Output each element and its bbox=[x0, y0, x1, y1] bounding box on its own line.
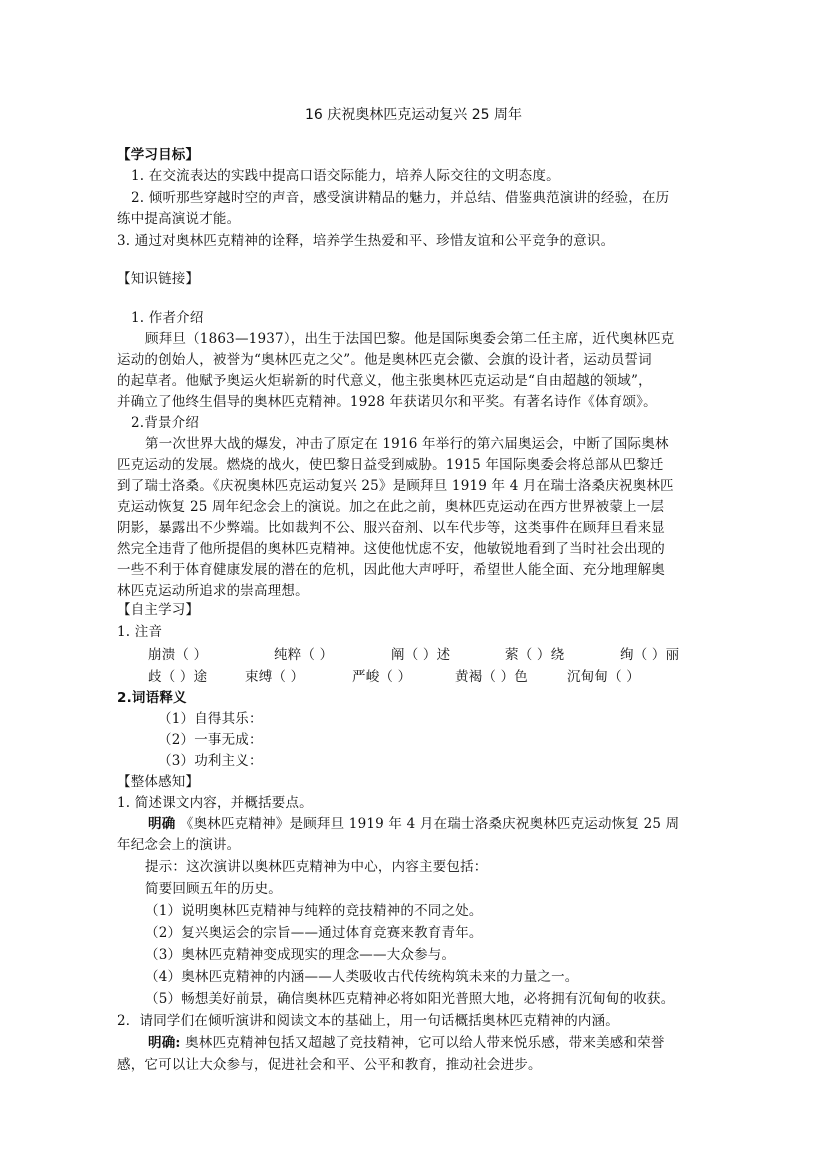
overall-heading: 【整体感知】 bbox=[117, 773, 199, 791]
goal-item-2: 2. 倾听那些穿越时空的声音，感受演讲精品的魅力，并总结、借鉴典范演讲的经验，在… bbox=[131, 189, 669, 207]
pinyin-blank[interactable]: 崩溃（ ） bbox=[148, 646, 207, 664]
pinyin-heading: 1. 注音 bbox=[117, 623, 162, 641]
answer-text: 《奥林匹克精神》是顾拜旦 1919 年 4 月在瑞士洛桑庆祝奥林匹克运动恢复 2… bbox=[175, 816, 679, 832]
goal-item-1: 1. 在交流表达的实践中提高口语交际能力，培养人际交往的文明态度。 bbox=[131, 167, 560, 185]
pinyin-blank[interactable]: 阐（ ）述 bbox=[391, 646, 450, 664]
point-item: （4）奥林匹克精神的内涵——人类吸收古代传统构筑未来的力量之一。 bbox=[145, 968, 579, 986]
pinyin-blank[interactable]: 束缚（ ） bbox=[245, 668, 304, 686]
pinyin-blank[interactable]: 沉甸甸（ ） bbox=[567, 668, 640, 686]
author-line: 运动的创始人，被誉为“奥林匹克之父”。他是奥林匹克会徽、会旗的设计者，运动员誓词 bbox=[117, 351, 652, 369]
background-line: 一些不利于体育健康发展的潜在的危机，因此他大声呼吁，希望世人能全面、充分地理解奥 bbox=[117, 561, 665, 579]
vocab-heading: 2.词语释义 bbox=[117, 689, 187, 707]
background-line: 林匹克运动所追求的崇高理想。 bbox=[117, 582, 309, 600]
pinyin-blank[interactable]: 黄褐（ ）色 bbox=[455, 668, 528, 686]
background-line: 然完全违背了他所提倡的奥林匹克精神。这使他忧虑不安，他敏锐地看到了当时社会出现的 bbox=[117, 540, 665, 558]
pinyin-blank[interactable]: 严峻（ ） bbox=[352, 668, 411, 686]
author-line: 的起草者。他赋予奥运火炬崭新的时代意义，他主张奥林匹克运动是“自由超越的领域”， bbox=[117, 372, 652, 390]
background-line: 克运动恢复 25 周年纪念会上的演说。加之在此之前，奥林匹克运动在西方世界被蒙上… bbox=[117, 498, 664, 516]
goal-item-2-cont: 练中提高演说才能。 bbox=[117, 210, 240, 228]
answer-label: 明确 bbox=[148, 816, 175, 832]
goals-heading: 【学习目标】 bbox=[117, 146, 199, 164]
page-title: 16 庆祝奥林匹克运动复兴 25 周年 bbox=[0, 104, 827, 124]
answer-2-cont: 感，它可以让大众参与，促进社会和平、公平和教育，推动社会进步。 bbox=[117, 1056, 542, 1074]
document-page: 16 庆祝奥林匹克运动复兴 25 周年 【学习目标】 1. 在交流表达的实践中提… bbox=[0, 0, 827, 1169]
background-line: 第一次世界大战的爆发，冲击了原定在 1916 年举行的第六届奥运会，中断了国际奥… bbox=[145, 435, 669, 453]
question-2: 2．请同学们在倾听演讲和阅读文本的基础上，用一句话概括奥林匹克精神的内涵。 bbox=[117, 1012, 619, 1030]
question-1: 1. 简述课文内容，并概括要点。 bbox=[117, 794, 313, 812]
answer-1-cont: 年纪念会上的演讲。 bbox=[117, 836, 240, 854]
background-line: 匹克运动的发展。燃烧的战火，使巴黎日益受到威胁。1915 年国际奥委会将总部从巴… bbox=[117, 456, 664, 474]
answer-text: 奥林匹克精神包括又超越了竞技精神，它可以给人带来悦乐感，带来美感和荣誉 bbox=[181, 1035, 665, 1051]
pinyin-blank[interactable]: 绚（ ）丽 bbox=[620, 646, 679, 664]
answer-1: 明确 《奥林匹克精神》是顾拜旦 1919 年 4 月在瑞士洛桑庆祝奥林匹克运动恢… bbox=[148, 815, 679, 833]
point-item: （3）奥林匹克精神变成现实的理念——大众参与。 bbox=[145, 946, 455, 964]
vocab-item: （2）一事无成： bbox=[158, 731, 263, 749]
answer-2: 明确: 奥林匹克精神包括又超越了竞技精神，它可以给人带来悦乐感，带来美感和荣誉 bbox=[148, 1034, 665, 1052]
author-line: 顾拜旦（1863—1937），出生于法国巴黎。他是国际奥委会第二任主席，近代奥林… bbox=[145, 330, 674, 348]
vocab-item: （1）自得其乐： bbox=[158, 710, 263, 728]
answer-label: 明确: bbox=[148, 1035, 181, 1051]
point-item: （2）复兴奥运会的宗旨——通过体育竞赛来教育青年。 bbox=[145, 924, 483, 942]
links-heading: 【知识链接】 bbox=[117, 270, 199, 288]
point-item: （1）说明奥林匹克精神与纯粹的竞技精神的不同之处。 bbox=[145, 902, 483, 920]
background-heading: 2.背景介绍 bbox=[131, 414, 199, 432]
pinyin-blank[interactable]: 萦（ ）绕 bbox=[505, 646, 564, 664]
author-heading: 1. 作者介绍 bbox=[131, 309, 204, 327]
author-line: 并确立了他终生倡导的奥林匹克精神。1928 年获诺贝尔和平奖。有著名诗作《体育颂… bbox=[117, 393, 657, 411]
vocab-item: （3）功利主义： bbox=[158, 752, 263, 770]
review-text: 简要回顾五年的历史。 bbox=[145, 880, 282, 898]
pinyin-blank[interactable]: 纯粹（ ） bbox=[274, 646, 333, 664]
background-line: 到了瑞士洛桑。《庆祝奥林匹克运动复兴 25》是顾拜旦 1919 年 4 月在瑞士… bbox=[117, 477, 674, 495]
self-study-heading: 【自主学习】 bbox=[117, 601, 199, 619]
point-item: （5）畅想美好前景，确信奥林匹克精神必将如阳光普照大地，必将拥有沉甸甸的收获。 bbox=[145, 990, 674, 1008]
goal-item-3: 3. 通过对奥林匹克精神的诠释，培养学生热爱和平、珍惜友谊和公平竞争的意识。 bbox=[117, 232, 614, 250]
hint-text: 提示：这次演讲以奥林匹克精神为中心，内容主要包括： bbox=[145, 858, 488, 876]
background-line: 阴影，暴露出不少弊端。比如裁判不公、服兴奋剂、以车代步等，这类事件在顾拜旦看来显 bbox=[117, 519, 665, 537]
pinyin-blank[interactable]: 歧（ ）途 bbox=[148, 668, 207, 686]
